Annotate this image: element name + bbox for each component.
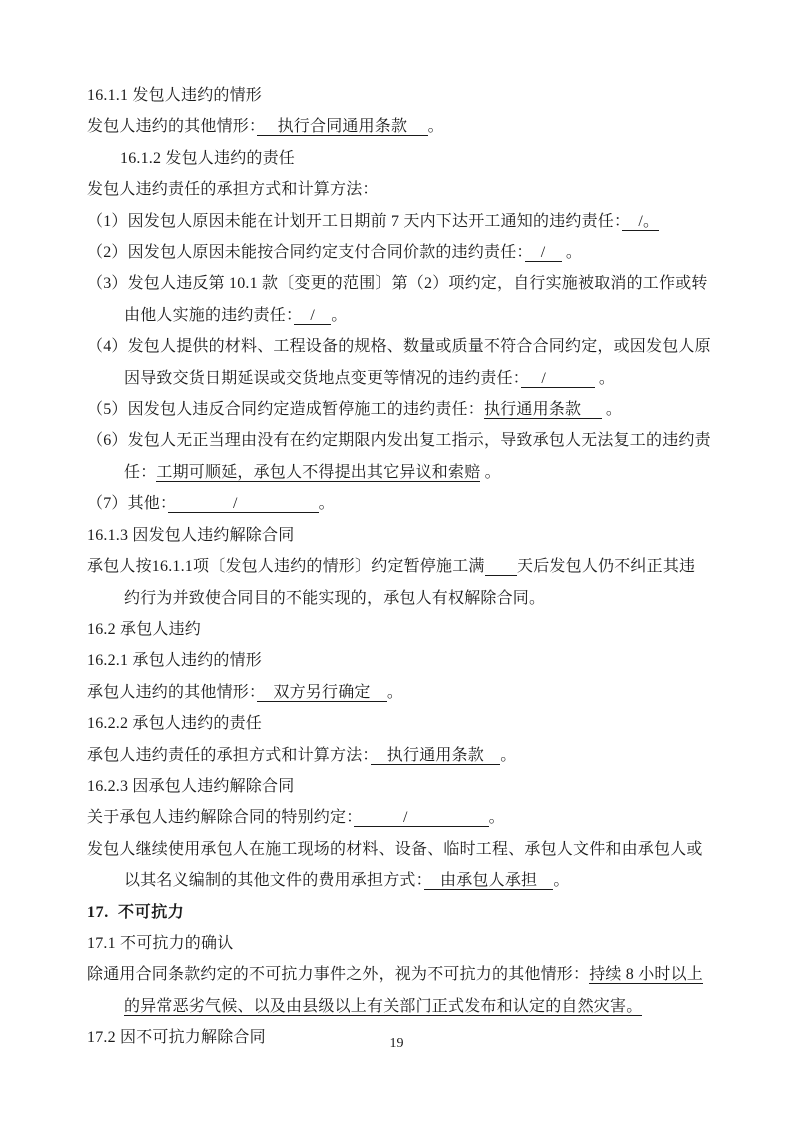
item-6: （6）发包人无正当理由没有在约定期限内发出复工指示，导致承包人无法复工的违约责 bbox=[87, 425, 723, 456]
fill-in-field: / bbox=[354, 809, 488, 827]
text-segment: 16.2.2 承包人违约的责任 bbox=[87, 715, 262, 732]
text-segment: 发包人违约的其他情形： bbox=[87, 118, 257, 135]
item-3-cont: 由他人实施的违约责任： / 。 bbox=[87, 300, 723, 331]
document-content: 16.1.1 发包人违约的情形发包人违约的其他情形： 执行合同通用条款 。16.… bbox=[87, 80, 723, 1054]
fill-in-field: 持续 8 小时以上 bbox=[589, 966, 703, 984]
text-segment: （2）因发包人原因未能按合同约定支付合同价款的违约责任： bbox=[87, 244, 525, 261]
text-segment: 发包人继续使用承包人在施工现场的材料、设备、临时工程、承包人文件和由承包人或 bbox=[87, 841, 703, 858]
text-segment: 。 bbox=[602, 401, 622, 418]
text-segment: 发包人违约责任的承担方式和计算方法： bbox=[87, 181, 379, 198]
clause-16-1-3-heading: 16.1.3 因发包人违约解除合同 bbox=[87, 520, 723, 551]
text-segment: 约行为并致使合同目的不能实现的，承包人有权解除合同。 bbox=[124, 590, 545, 607]
clause-16-2-1-heading: 16.2.1 承包人违约的情形 bbox=[87, 645, 723, 676]
text-segment: （4）发包人提供的材料、工程设备的规格、数量或质量不符合合同约定，或因发包人原 bbox=[87, 338, 711, 355]
text-segment: 。 bbox=[387, 684, 403, 701]
clause-16-2-2-text: 承包人违约责任的承担方式和计算方法： 执行通用条款 。 bbox=[87, 740, 723, 771]
clause-16-1-1-heading: 16.1.1 发包人违约的情形 bbox=[87, 80, 723, 111]
text-segment: 16.1.1 发包人违约的情形 bbox=[87, 87, 262, 104]
text-segment: 。 bbox=[489, 809, 505, 826]
text-segment: 由他人实施的违约责任： bbox=[124, 307, 294, 324]
text-segment: 因导致交货日期延误或交货地点变更等情况的违约责任： bbox=[124, 370, 521, 387]
fill-in-field: / bbox=[294, 307, 331, 325]
fill-in-field: 执行通用条款 bbox=[371, 747, 501, 765]
clause-16-1-2-intro: 发包人违约责任的承担方式和计算方法： bbox=[87, 174, 723, 205]
item-6-cont: 任：工期可顺延，承包人不得提出其它异议和索赔 。 bbox=[87, 457, 723, 488]
clause-16-1-2-heading: 16.1.2 发包人违约的责任 bbox=[87, 143, 723, 174]
clause-16-1-1-text: 发包人违约的其他情形： 执行合同通用条款 。 bbox=[87, 111, 723, 142]
text-segment: 关于承包人违约解除合同的特别约定： bbox=[87, 809, 354, 826]
text-segment: （3）发包人违反第 10.1 款〔变更的范围〕第（2）项约定，自行实施被取消的工… bbox=[87, 275, 708, 292]
text-segment: 承包人违约责任的承担方式和计算方法： bbox=[87, 747, 371, 764]
fill-in-field: 工期可顺延，承包人不得提出其它异议和索赔 bbox=[156, 464, 480, 482]
item-4-cont: 因导致交货日期延误或交货地点变更等情况的违约责任： / 。 bbox=[87, 363, 723, 394]
fill-in-field: 双方另行确定 bbox=[257, 684, 387, 702]
text-segment: 。 bbox=[553, 872, 569, 889]
fill-in-field: 执行合同通用条款 bbox=[257, 118, 427, 136]
clause-17-1-cont: 的异常恶劣气候、以及由县级以上有关部门正式发布和认定的自然灾害。 bbox=[87, 991, 723, 1022]
text-segment: 17.1 不可抗力的确认 bbox=[87, 935, 233, 952]
clause-16-2-3-para2-cont: 以其名义编制的其他文件的费用承担方式： 由承包人承担 。 bbox=[87, 865, 723, 896]
item-4: （4）发包人提供的材料、工程设备的规格、数量或质量不符合合同约定，或因发包人原 bbox=[87, 331, 723, 362]
text-segment: 16.2.3 因承包人违约解除合同 bbox=[87, 778, 294, 795]
document-page: 16.1.1 发包人违约的情形发包人违约的其他情形： 执行合同通用条款 。16.… bbox=[0, 0, 793, 1122]
text-segment: 承包人按16.1.1项〔发包人违约的情形〕约定暂停施工满 bbox=[87, 558, 485, 575]
text-segment: （5）因发包人违反合同约定造成暂停施工的违约责任： bbox=[87, 401, 484, 418]
text-segment: 。 bbox=[331, 307, 347, 324]
fill-in-field: / bbox=[521, 370, 595, 388]
text-segment: 除通用合同条款约定的不可抗力事件之外，视为不可抗力的其他情形： bbox=[87, 966, 589, 983]
text-segment: 任： bbox=[124, 464, 156, 481]
fill-in-field: / bbox=[525, 244, 562, 262]
text-segment: 。 bbox=[562, 244, 582, 261]
text-segment: 。 bbox=[319, 495, 335, 512]
page-number: 19 bbox=[0, 1034, 793, 1054]
item-5: （5）因发包人违反合同约定造成暂停施工的违约责任：执行通用条款 。 bbox=[87, 394, 723, 425]
text-segment: （6）发包人无正当理由没有在约定期限内发出复工指示，导致承包人无法复工的违约责 bbox=[87, 432, 711, 449]
item-3: （3）发包人违反第 10.1 款〔变更的范围〕第（2）项约定，自行实施被取消的工… bbox=[87, 268, 723, 299]
item-2: （2）因发包人原因未能按合同约定支付合同价款的违约责任： / 。 bbox=[87, 237, 723, 268]
clause-17-1-text: 除通用合同条款约定的不可抗力事件之外，视为不可抗力的其他情形：持续 8 小时以上 bbox=[87, 959, 723, 990]
text-segment: 承包人违约的其他情形： bbox=[87, 684, 257, 701]
fill-in-field: /。 bbox=[622, 213, 659, 231]
text-segment: 。 bbox=[595, 370, 615, 387]
text-segment: 16.1.3 因发包人违约解除合同 bbox=[87, 527, 294, 544]
clause-16-2-2-heading: 16.2.2 承包人违约的责任 bbox=[87, 708, 723, 739]
clause-16-1-3-text: 承包人按16.1.1项〔发包人违约的情形〕约定暂停施工满 天后发包人仍不纠正其违 bbox=[87, 551, 723, 582]
text-segment: 天后发包人仍不纠正其违 bbox=[517, 558, 695, 575]
clause-16-2-3-para2: 发包人继续使用承包人在施工现场的材料、设备、临时工程、承包人文件和由承包人或 bbox=[87, 834, 723, 865]
fill-in-field bbox=[485, 558, 517, 576]
fill-in-field: / bbox=[168, 495, 318, 513]
text-segment: 16.1.2 发包人违约的责任 bbox=[120, 150, 295, 167]
text-segment: （1）因发包人原因未能在计划开工日期前 7 天内下达开工通知的违约责任： bbox=[87, 213, 622, 230]
fill-in-field: 执行通用条款 bbox=[484, 401, 602, 419]
clause-16-2-1-text: 承包人违约的其他情形： 双方另行确定 。 bbox=[87, 677, 723, 708]
item-1: （1）因发包人原因未能在计划开工日期前 7 天内下达开工通知的违约责任： /。 bbox=[87, 206, 723, 237]
clause-17-1-heading: 17.1 不可抗力的确认 bbox=[87, 928, 723, 959]
clause-16-1-3-cont: 约行为并致使合同目的不能实现的，承包人有权解除合同。 bbox=[87, 583, 723, 614]
text-segment: 。 bbox=[500, 747, 516, 764]
text-segment: 。 bbox=[480, 464, 500, 481]
text-segment: 16.2 承包人违约 bbox=[87, 621, 201, 638]
text-segment: 。 bbox=[428, 118, 444, 135]
fill-in-field: 由承包人承担 bbox=[424, 872, 554, 890]
text-segment: 16.2.1 承包人违约的情形 bbox=[87, 652, 262, 669]
text-segment: 17. 不可抗力 bbox=[87, 904, 184, 921]
item-7: （7）其他： / 。 bbox=[87, 488, 723, 519]
text-segment: 以其名义编制的其他文件的费用承担方式： bbox=[124, 872, 424, 889]
fill-in-field: 的异常恶劣气候、以及由县级以上有关部门正式发布和认定的自然灾害。 bbox=[124, 998, 642, 1016]
chapter-17-heading: 17. 不可抗力 bbox=[87, 897, 723, 928]
text-segment: （7）其他： bbox=[87, 495, 168, 512]
clause-16-2-3-text: 关于承包人违约解除合同的特别约定： / 。 bbox=[87, 802, 723, 833]
clause-16-2-3-heading: 16.2.3 因承包人违约解除合同 bbox=[87, 771, 723, 802]
clause-16-2-heading: 16.2 承包人违约 bbox=[87, 614, 723, 645]
